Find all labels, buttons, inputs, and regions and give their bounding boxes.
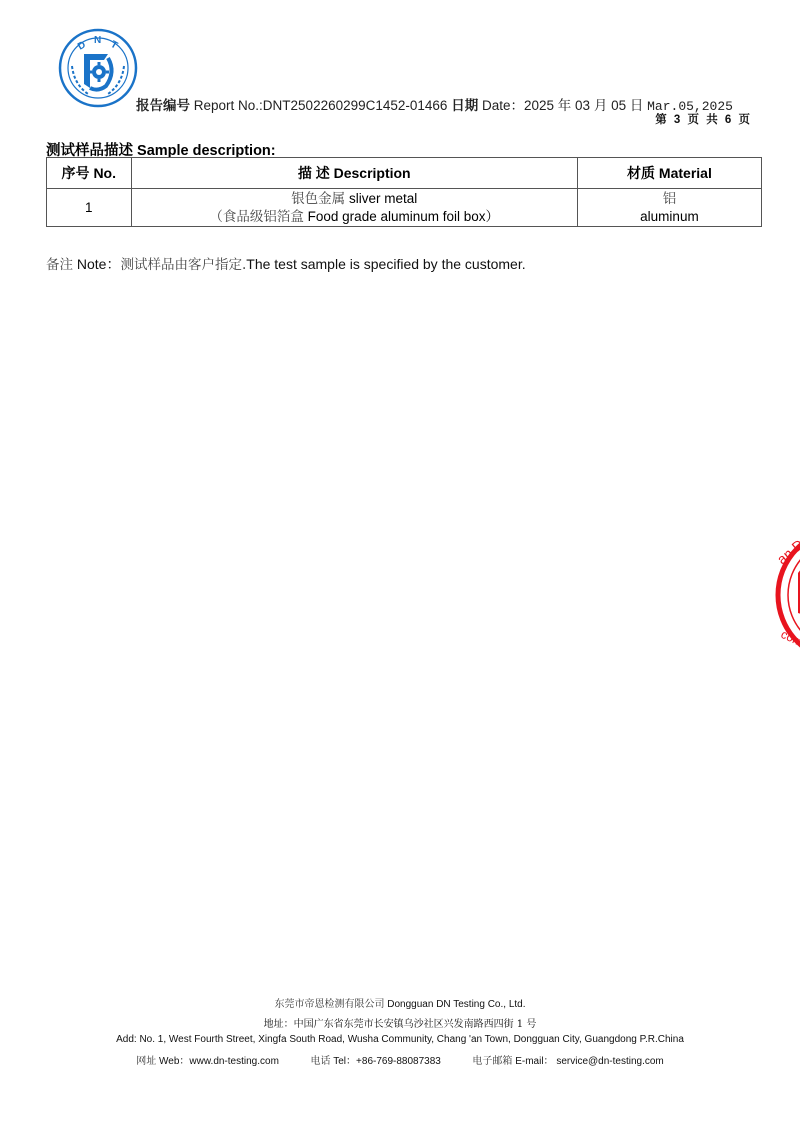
header-desc-cn: 描 述: [298, 165, 330, 181]
report-no-label-cn: 报告编号: [136, 98, 190, 113]
date-label-cn: 日期: [451, 98, 478, 113]
cell-description: 银色金属 sliver metal （食品级铝箔盒 Food grade alu…: [131, 189, 577, 227]
dnt-logo-icon: D N T: [58, 28, 138, 108]
material-cn: 铝: [578, 190, 761, 208]
web-label-cn: 网址: [136, 1056, 156, 1067]
note: 备注 Note：测试样品由客户指定.The test sample is spe…: [46, 253, 526, 274]
footer-contacts: 网址 Web：www.dn-testing.com 电话 Tel：+86-769…: [0, 1052, 800, 1067]
desc-line1-en: sliver metal: [349, 191, 417, 206]
sample-description-table: 序号 No. 描 述 Description 材质 Material 1 银色金…: [46, 157, 762, 227]
email-label-en: E-mail：: [515, 1056, 553, 1067]
header-description: 描 述 Description: [131, 158, 577, 189]
svg-text:N: N: [94, 35, 101, 46]
table-header-row: 序号 No. 描 述 Description 材质 Material: [47, 158, 762, 189]
note-label-en: Note：: [77, 256, 121, 272]
report-no-label-en: Report No.:: [194, 98, 263, 113]
company-seal-stamp: an D com: [774, 525, 800, 665]
header-material: 材质 Material: [577, 158, 761, 189]
web-label-en: Web：: [159, 1056, 189, 1067]
footer-address-cn: 地址：中国广东省东莞市长安镇乌沙社区兴发南路西四街 1 号: [0, 1015, 800, 1030]
note-text-cn: 测试样品由客户指定.: [120, 257, 246, 273]
tel-number: +86-769-88087383: [356, 1056, 441, 1067]
note-label-cn: 备注: [46, 257, 73, 273]
date-label-en: Date：: [482, 98, 524, 113]
footer-company-cn: 东莞市帝恩检测有限公司: [274, 999, 384, 1010]
header-no-cn: 序号: [62, 165, 90, 181]
header-desc-en: Description: [334, 165, 411, 181]
svg-text:com: com: [779, 627, 800, 649]
desc-line2-en: Food grade aluminum foil box）: [308, 209, 499, 224]
tel-label-en: Tel：: [333, 1056, 356, 1067]
note-text-en: The test sample is specified by the cust…: [246, 256, 525, 272]
footer-company: 东莞市帝恩检测有限公司 Dongguan DN Testing Co., Ltd…: [0, 995, 800, 1010]
email-link[interactable]: service@dn-testing.com: [556, 1056, 663, 1067]
svg-text:an D: an D: [774, 536, 800, 567]
header-no: 序号 No.: [47, 158, 132, 189]
desc-line2-cn: （食品级铝箔盒: [209, 209, 304, 225]
footer-address-en: Add: No. 1, West Fourth Street, Xingfa S…: [0, 1034, 800, 1045]
seal-stamp-icon: an D com: [774, 525, 800, 665]
desc-line1-cn: 银色金属: [291, 191, 345, 207]
header-no-en: No.: [93, 165, 116, 181]
page-indicator: 第 3 页 共 6 页: [655, 111, 752, 127]
tel-label-cn: 电话: [310, 1056, 330, 1067]
report-number: DNT2502260299C1452-01466: [263, 98, 448, 113]
material-en: aluminum: [578, 208, 761, 226]
company-logo: D N T: [58, 28, 138, 108]
web-link[interactable]: www.dn-testing.com: [189, 1056, 278, 1067]
table-row: 1 银色金属 sliver metal （食品级铝箔盒 Food grade a…: [47, 189, 762, 227]
cell-material: 铝 aluminum: [577, 189, 761, 227]
svg-text:D: D: [76, 39, 88, 52]
date-cn: 2025 年 03 月 05 日: [524, 98, 643, 113]
header-material-cn: 材质: [627, 165, 655, 181]
footer-company-en: Dongguan DN Testing Co., Ltd.: [387, 999, 525, 1010]
header-material-en: Material: [659, 165, 712, 181]
cell-no: 1: [47, 189, 132, 227]
email-label-cn: 电子邮箱: [472, 1056, 512, 1067]
